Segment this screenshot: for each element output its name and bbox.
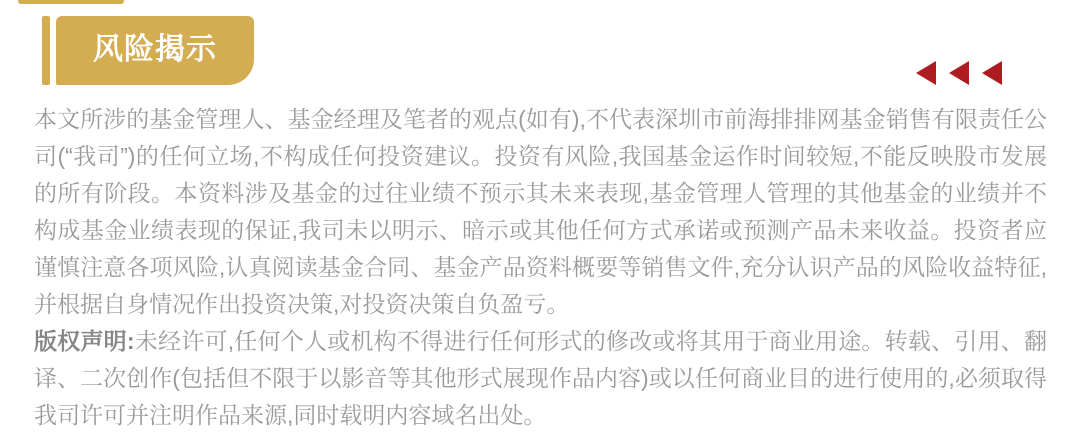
section-title-badge: 风险揭示 (56, 16, 254, 85)
title-accent-bar (42, 16, 50, 85)
copyright-text: 未经许可,任何个人或机构不得进行任何形式的修改或将其用于商业用途。转载、引用、翻… (34, 328, 1047, 428)
left-triangle-icon (916, 61, 936, 85)
section-title: 风险揭示 (93, 35, 217, 67)
cropped-banner-sliver (18, 0, 124, 4)
left-triangle-icon (982, 61, 1002, 85)
left-triangle-icon (949, 61, 969, 85)
copyright-label: 版权声明: (34, 328, 135, 354)
decorative-arrows (916, 61, 1002, 85)
copyright-paragraph: 版权声明:未经许可,任何个人或机构不得进行任何形式的修改或将其用于商业用途。转载… (34, 323, 1047, 434)
disclosure-content: 本文所涉的基金管理人、基金经理及笔者的观点(如有),不代表深圳市前海排排网基金销… (34, 101, 1047, 434)
risk-disclosure-paragraph: 本文所涉的基金管理人、基金经理及笔者的观点(如有),不代表深圳市前海排排网基金销… (34, 101, 1047, 323)
